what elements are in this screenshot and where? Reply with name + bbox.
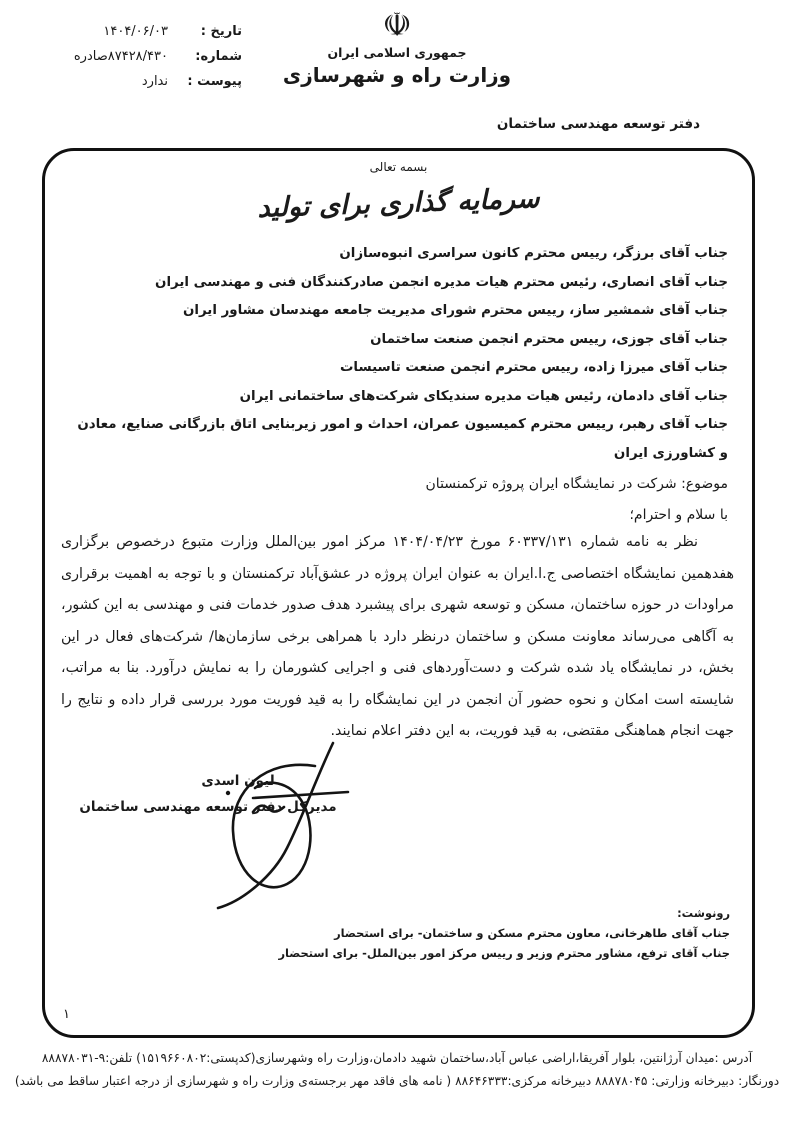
letterhead: ☫ جمهوری اسلامی ایران وزارت راه و شهرساز… [0,8,794,87]
letter-frame: بسمه تعالی سرمایه گذاری برای تولید جناب … [42,148,755,1038]
cc-line: جناب آقای ترفع، مشاور محترم وزیر و رییس … [278,943,730,963]
iran-coat-of-arms-icon: ☫ [0,8,794,42]
recipient-line: جناب آقای شمشیر ساز، رییس محترم شورای مد… [69,297,728,326]
signer-name: لیون اسدی [138,773,338,789]
subject-line: موضوع: شرکت در نمایشگاه ایران پروژه ترکم… [69,476,728,492]
signature-scribble-icon [195,736,395,916]
cc-line: جناب آقای طاهرخانی، معاون محترم مسکن و س… [278,923,730,943]
greeting-line: با سلام و احترام؛ [69,507,728,523]
recipient-line: جناب آقای دادمان، رئیس هیات مدیره سندیکا… [69,383,728,412]
cc-block: رونوشت: جناب آقای طاهرخانی، معاون محترم … [278,903,730,963]
signer-title: مدیرکل دفتر توسعه مهندسی ساختمان [78,799,338,815]
recipient-list: جناب آقای برزگر، رییس محترم کانون سراسری… [69,240,728,468]
cc-label: رونوشت: [278,903,730,923]
year-slogan-calligraphy: سرمایه گذاری برای تولید [44,166,753,247]
country-name: جمهوری اسلامی ایران [0,45,794,60]
footer-address-line: آدرس :میدان آرژانتین، بلوار آفریقا،اراضی… [6,1047,788,1070]
page-number: ۱ [63,1007,70,1022]
footer-fax-line: دورنگار: دبیرخانه وزارتی: ۸۸۸۷۸۰۴۵ دبیرخ… [6,1070,788,1093]
recipient-line: جناب آقای برزگر، رییس محترم کانون سراسری… [69,240,728,269]
issuing-office: دفتر توسعه مهندسی ساختمان [497,116,700,132]
recipient-line: جناب آقای انصاری، رئیس محترم هیات مدیره … [69,269,728,298]
recipient-line: جناب آقای میرزا زاده، رییس محترم انجمن ص… [69,354,728,383]
recipient-line: جناب آقای جوزی، رییس محترم انجمن صنعت سا… [69,326,728,355]
footer-contact-block: آدرس :میدان آرژانتین، بلوار آفریقا،اراضی… [6,1047,788,1093]
ministry-name: وزارت راه و شهرسازی [0,63,794,87]
letter-body: نظر به نامه شماره ۶۰۳۳۷/۱۳۱ مورخ ۱۴۰۴/۰۴… [61,527,734,748]
recipient-line: جناب آقای رهبر، رییس محترم کمیسیون عمران… [69,411,728,468]
letter-page: تاریخ : ۱۴۰۴/۰۶/۰۳ شماره: ۸۷۴۲۸/۴۳۰صادره… [0,0,794,1123]
